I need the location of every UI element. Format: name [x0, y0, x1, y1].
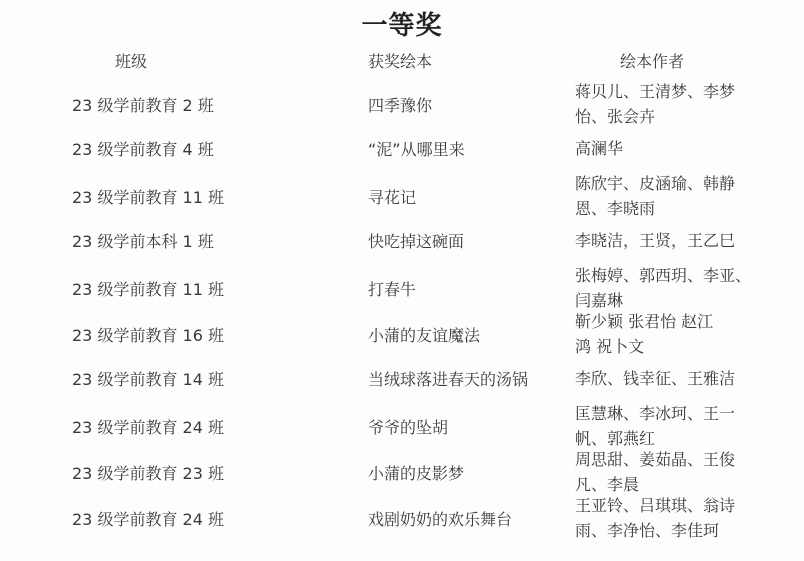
book-cell: 快吃掉这碗面 [368, 229, 575, 252]
authors-cell: 周思甜、姜茹晶、王俊 凡、李晨 [575, 447, 792, 497]
page-title: 一等奖 [0, 0, 804, 42]
book-cell: 四季豫你 [368, 93, 575, 116]
table-row: 23 级学前教育 14 班 当绒球落进春天的汤锅 李欣、钱幸征、王雅洁 [0, 355, 804, 401]
book-cell: 小蒲的皮影梦 [368, 461, 575, 484]
column-header-class: 班级 [72, 49, 368, 72]
book-cell: 当绒球落进春天的汤锅 [368, 367, 575, 390]
book-cell: 打春牛 [368, 277, 575, 300]
authors-cell: 靳少颖 张君怡 赵江 鸿 祝卜文 [575, 309, 792, 359]
authors-cell: 王亚铃、吕琪琪、翁诗 雨、李净怡、李佳珂 [575, 493, 792, 543]
authors-cell: 蒋贝儿、王清梦、李梦 怡、张会卉 [575, 79, 792, 129]
column-header-book: 获奖绘本 [368, 49, 575, 72]
book-cell: 寻花记 [368, 185, 575, 208]
column-header-authors: 绘本作者 [575, 49, 792, 72]
table-row: 23 级学前教育 24 班 爷爷的坠胡 匡慧琳、李冰珂、王一 帆、郭燕红 [0, 401, 804, 447]
authors-cell: 李晓洁，王贤，王乙巳 [575, 228, 792, 253]
award-document-page: 一等奖 班级 获奖绘本 绘本作者 23 级学前教育 2 班 四季豫你 蒋贝儿、王… [0, 0, 804, 561]
table-row: 23 级学前本科 1 班 快吃掉这碗面 李晓洁，王贤，王乙巳 [0, 217, 804, 263]
table-row: 23 级学前教育 11 班 寻花记 陈欣宇、皮涵瑜、韩静 恩、李晓雨 [0, 171, 804, 217]
class-cell: 23 级学前教育 24 班 [72, 507, 368, 530]
table-row: 23 级学前教育 24 班 戏剧奶奶的欢乐舞台 王亚铃、吕琪琪、翁诗 雨、李净怡… [0, 493, 804, 539]
class-cell: 23 级学前教育 4 班 [72, 137, 368, 160]
class-cell: 23 级学前教育 16 班 [72, 323, 368, 346]
authors-cell: 李欣、钱幸征、王雅洁 [575, 366, 792, 391]
class-cell: 23 级学前教育 14 班 [72, 367, 368, 390]
table-row: 23 级学前教育 16 班 小蒲的友谊魔法 靳少颖 张君怡 赵江 鸿 祝卜文 [0, 309, 804, 355]
authors-cell: 张梅婷、郭西玥、李亚、 闫嘉琳 [575, 263, 792, 313]
book-cell: 小蒲的友谊魔法 [368, 323, 575, 346]
authors-cell: 陈欣宇、皮涵瑜、韩静 恩、李晓雨 [575, 171, 792, 221]
book-cell: 爷爷的坠胡 [368, 415, 575, 438]
table-row: 23 级学前教育 23 班 小蒲的皮影梦 周思甜、姜茹晶、王俊 凡、李晨 [0, 447, 804, 493]
class-cell: 23 级学前教育 11 班 [72, 277, 368, 300]
table-row: 23 级学前教育 11 班 打春牛 张梅婷、郭西玥、李亚、 闫嘉琳 [0, 263, 804, 309]
class-cell: 23 级学前教育 23 班 [72, 461, 368, 484]
table-body: 23 级学前教育 2 班 四季豫你 蒋贝儿、王清梦、李梦 怡、张会卉 23 级学… [0, 79, 804, 539]
book-cell: “泥”从哪里来 [368, 137, 575, 160]
class-cell: 23 级学前本科 1 班 [72, 229, 368, 252]
table-row: 23 级学前教育 4 班 “泥”从哪里来 高澜华 [0, 125, 804, 171]
authors-cell: 高澜华 [575, 136, 792, 161]
class-cell: 23 级学前教育 2 班 [72, 93, 368, 116]
class-cell: 23 级学前教育 11 班 [72, 185, 368, 208]
book-cell: 戏剧奶奶的欢乐舞台 [368, 507, 575, 530]
authors-cell: 匡慧琳、李冰珂、王一 帆、郭燕红 [575, 401, 792, 451]
table-row: 23 级学前教育 2 班 四季豫你 蒋贝儿、王清梦、李梦 怡、张会卉 [0, 79, 804, 125]
class-cell: 23 级学前教育 24 班 [72, 415, 368, 438]
table-header-row: 班级 获奖绘本 绘本作者 [0, 49, 804, 72]
